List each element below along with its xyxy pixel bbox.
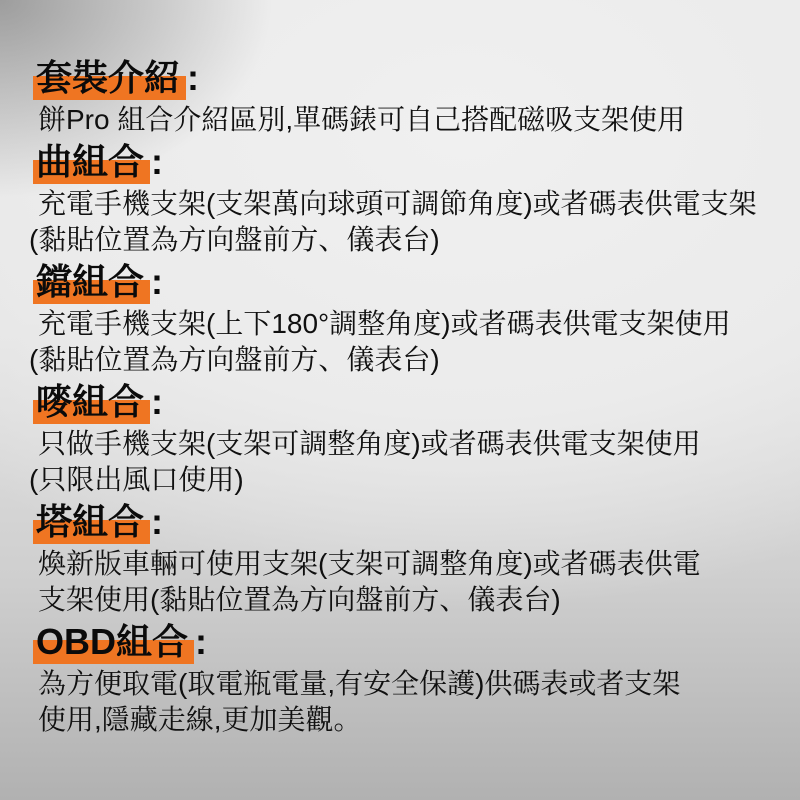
body-line: (只限出風口使用) — [38, 462, 800, 498]
section-title-highlight: 曲組合 — [33, 141, 150, 184]
body-line: 支架使用(黏貼位置為方向盤前方、儀表台) — [38, 582, 800, 618]
body-line: 充電手機支架(支架萬向球頭可調節角度)或者碼表供電支架 — [38, 186, 800, 222]
section-heading: OBD組合: — [38, 618, 800, 666]
body-line: 充電手機支架(上下180°調整角度)或者碼表供電支架使用 — [38, 306, 800, 342]
section-title-highlight: 鐺組合 — [33, 261, 150, 304]
body-line: 煥新版車輛可使用支架(支架可調整角度)或者碼表供電 — [38, 546, 800, 582]
section-title-highlight: 嘜組合 — [33, 381, 150, 424]
heading-colon: : — [151, 501, 163, 542]
body-line: (黏貼位置為方向盤前方、儀表台) — [38, 222, 800, 258]
body-line: 只做手機支架(支架可調整角度)或者碼表供電支架使用 — [38, 426, 800, 462]
body-line: 使用,隱藏走線,更加美觀。 — [38, 702, 800, 738]
body-line: (黏貼位置為方向盤前方、儀表台) — [38, 342, 800, 378]
section-combo-mai: 嘜組合: 只做手機支架(支架可調整角度)或者碼表供電支架使用 (只限出風口使用) — [38, 378, 800, 498]
heading-colon: : — [151, 261, 163, 302]
section-heading: 鐺組合: — [38, 258, 800, 306]
section-heading: 嘜組合: — [38, 378, 800, 426]
body-line: 餅Pro 組合介紹區別,單碼錶可自己搭配磁吸支架使用 — [38, 102, 800, 138]
heading-colon: : — [195, 621, 207, 662]
section-title-highlight: 套裝介紹 — [33, 57, 186, 100]
section-heading: 曲組合: — [38, 138, 800, 186]
section-combo-ta: 塔組合: 煥新版車輛可使用支架(支架可調整角度)或者碼表供電 支架使用(黏貼位置… — [38, 498, 800, 618]
heading-colon: : — [151, 381, 163, 422]
section-intro: 套裝介紹: 餅Pro 組合介紹區別,單碼錶可自己搭配磁吸支架使用 — [38, 54, 800, 138]
heading-colon: : — [151, 141, 163, 182]
heading-colon: : — [187, 57, 199, 98]
section-combo-obd: OBD組合: 為方便取電(取電瓶電量,有安全保護)供碼表或者支架 使用,隱藏走線… — [38, 618, 800, 738]
section-heading: 套裝介紹: — [38, 54, 800, 102]
section-title-highlight: 塔組合 — [33, 501, 150, 544]
section-combo-qu: 曲組合: 充電手機支架(支架萬向球頭可調節角度)或者碼表供電支架 (黏貼位置為方… — [38, 138, 800, 258]
package-intro-page: 套裝介紹: 餅Pro 組合介紹區別,單碼錶可自己搭配磁吸支架使用 曲組合: 充電… — [0, 0, 800, 800]
section-heading: 塔組合: — [38, 498, 800, 546]
section-combo-dang: 鐺組合: 充電手機支架(上下180°調整角度)或者碼表供電支架使用 (黏貼位置為… — [38, 258, 800, 378]
body-line: 為方便取電(取電瓶電量,有安全保護)供碼表或者支架 — [38, 666, 800, 702]
section-title-highlight: OBD組合 — [33, 621, 194, 664]
